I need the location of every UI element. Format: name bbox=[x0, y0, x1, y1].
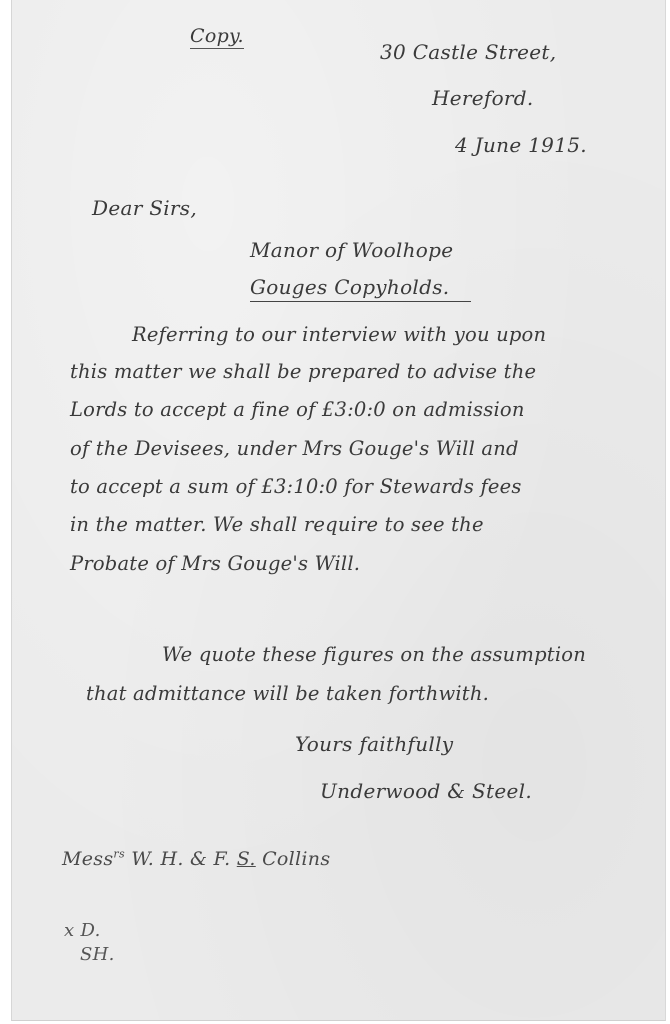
body-line: Lords to accept a fine of £3:0:0 on admi… bbox=[70, 398, 525, 421]
sender-address-street: 30 Castle Street, bbox=[380, 40, 556, 64]
body-line: of the Devisees, under Mrs Gouge's Will … bbox=[70, 437, 519, 460]
letter-page: Copy. 30 Castle Street, Hereford. 4 June… bbox=[11, 0, 666, 1021]
addressee-names: W. H. & F. bbox=[131, 848, 237, 870]
addressee-underlined-initial: S. bbox=[237, 848, 256, 870]
body-line: We quote these figures on the assumption bbox=[162, 643, 586, 666]
body-line: in the matter. We shall require to see t… bbox=[70, 513, 484, 536]
signature: Underwood & Steel. bbox=[320, 779, 532, 803]
addressee: Messrs W. H. & F. S. Collins bbox=[62, 848, 330, 870]
addressee-prefix: Mess bbox=[62, 848, 113, 870]
closing: Yours faithfully bbox=[295, 732, 453, 756]
body-line: to accept a sum of £3:10:0 for Stewards … bbox=[70, 475, 522, 498]
letter-date: 4 June 1915. bbox=[455, 133, 587, 157]
copy-mark: Copy. bbox=[190, 25, 244, 49]
body-line: that admittance will be taken forthwith. bbox=[86, 682, 489, 705]
annotation-initials-1: x D. bbox=[64, 920, 101, 941]
sender-address-city: Hereford. bbox=[432, 86, 534, 110]
addressee-surname: Collins bbox=[256, 848, 331, 870]
body-line: Probate of Mrs Gouge's Will. bbox=[70, 552, 360, 575]
addressee-prefix-sup: rs bbox=[113, 848, 125, 861]
body-line: Referring to our interview with you upon bbox=[132, 323, 546, 346]
subject-line-2: Gouges Copyholds. bbox=[250, 275, 471, 302]
salutation: Dear Sirs, bbox=[92, 196, 197, 220]
subject-line-1: Manor of Woolhope bbox=[250, 238, 453, 262]
body-line: this matter we shall be prepared to advi… bbox=[70, 360, 536, 383]
annotation-initials-2: SH. bbox=[80, 944, 115, 965]
